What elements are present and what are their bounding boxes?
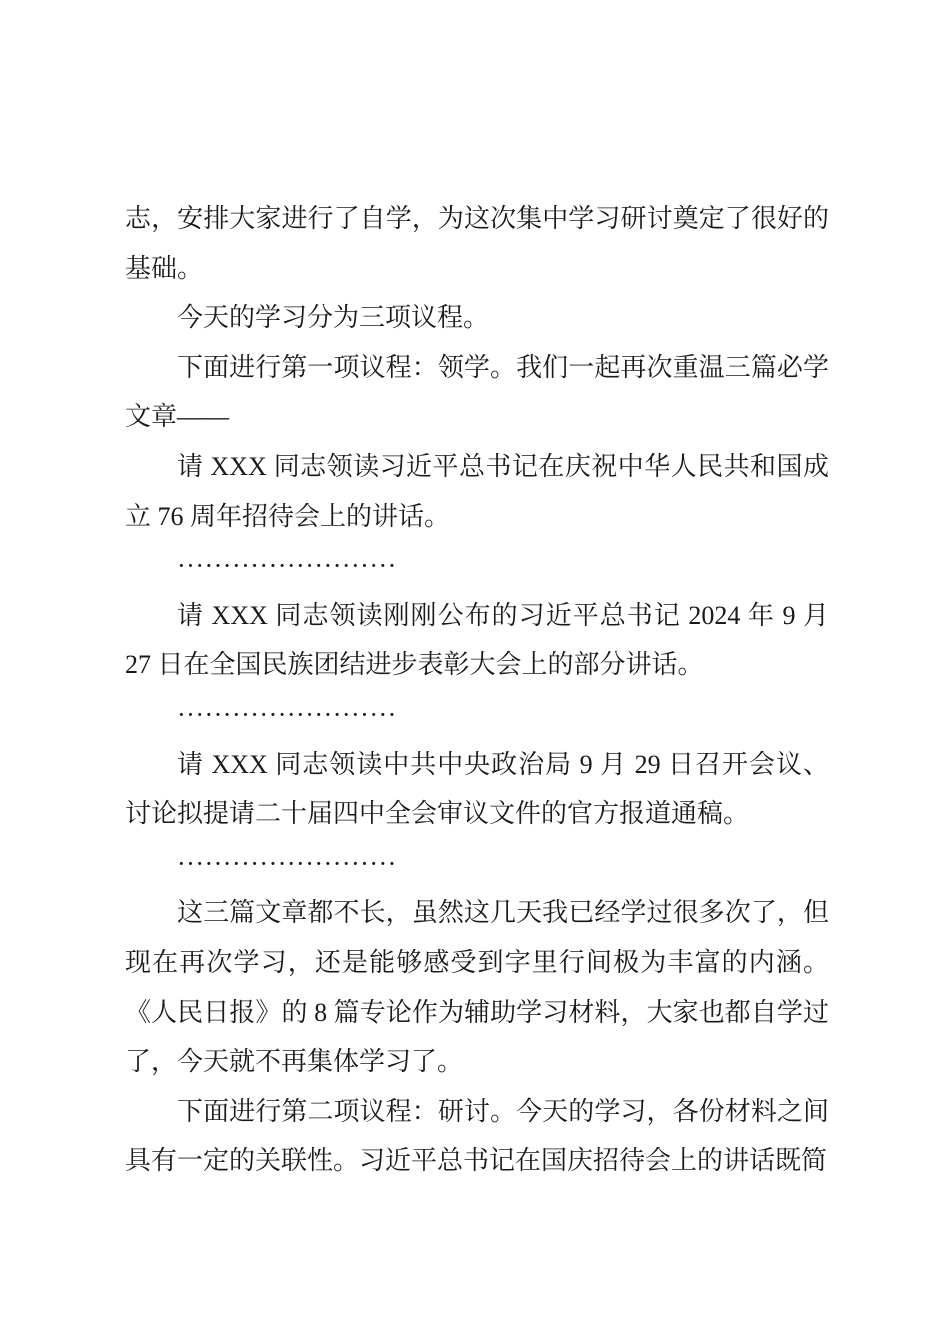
ellipsis-line: ························ [125,690,829,740]
paragraph: 这三篇文章都不长，虽然这几天我已经学过很多次了，但现在再次学习，还是能够感受到字… [125,888,829,1086]
paragraph: 下面进行第一项议程：领学。我们一起再次重温三篇必学文章—— [125,343,829,442]
document-page: 志，安排大家进行了自学，为这次集中学习研讨奠定了很好的基础。今天的学习分为三项议… [0,0,950,1344]
paragraph: 今天的学习分为三项议程。 [125,293,829,343]
paragraph: 请 XXX 同志领读习近平总书记在庆祝中华人民共和国成立 76 周年招待会上的讲… [125,442,829,541]
ellipsis-line: ························ [125,839,829,889]
paragraph: 下面进行第二项议程：研讨。今天的学习，各份材料之间具有一定的关联性。习近平总书记… [125,1087,829,1186]
paragraph: 请 XXX 同志领读刚刚公布的习近平总书记 2024 年 9 月 27 日在全国… [125,591,829,690]
paragraph: 请 XXX 同志领读中共中央政治局 9 月 29 日召开会议、讨论拟提请二十届四… [125,740,829,839]
paragraph: 志，安排大家进行了自学，为这次集中学习研讨奠定了很好的基础。 [125,194,829,293]
ellipsis-line: ························ [125,541,829,591]
